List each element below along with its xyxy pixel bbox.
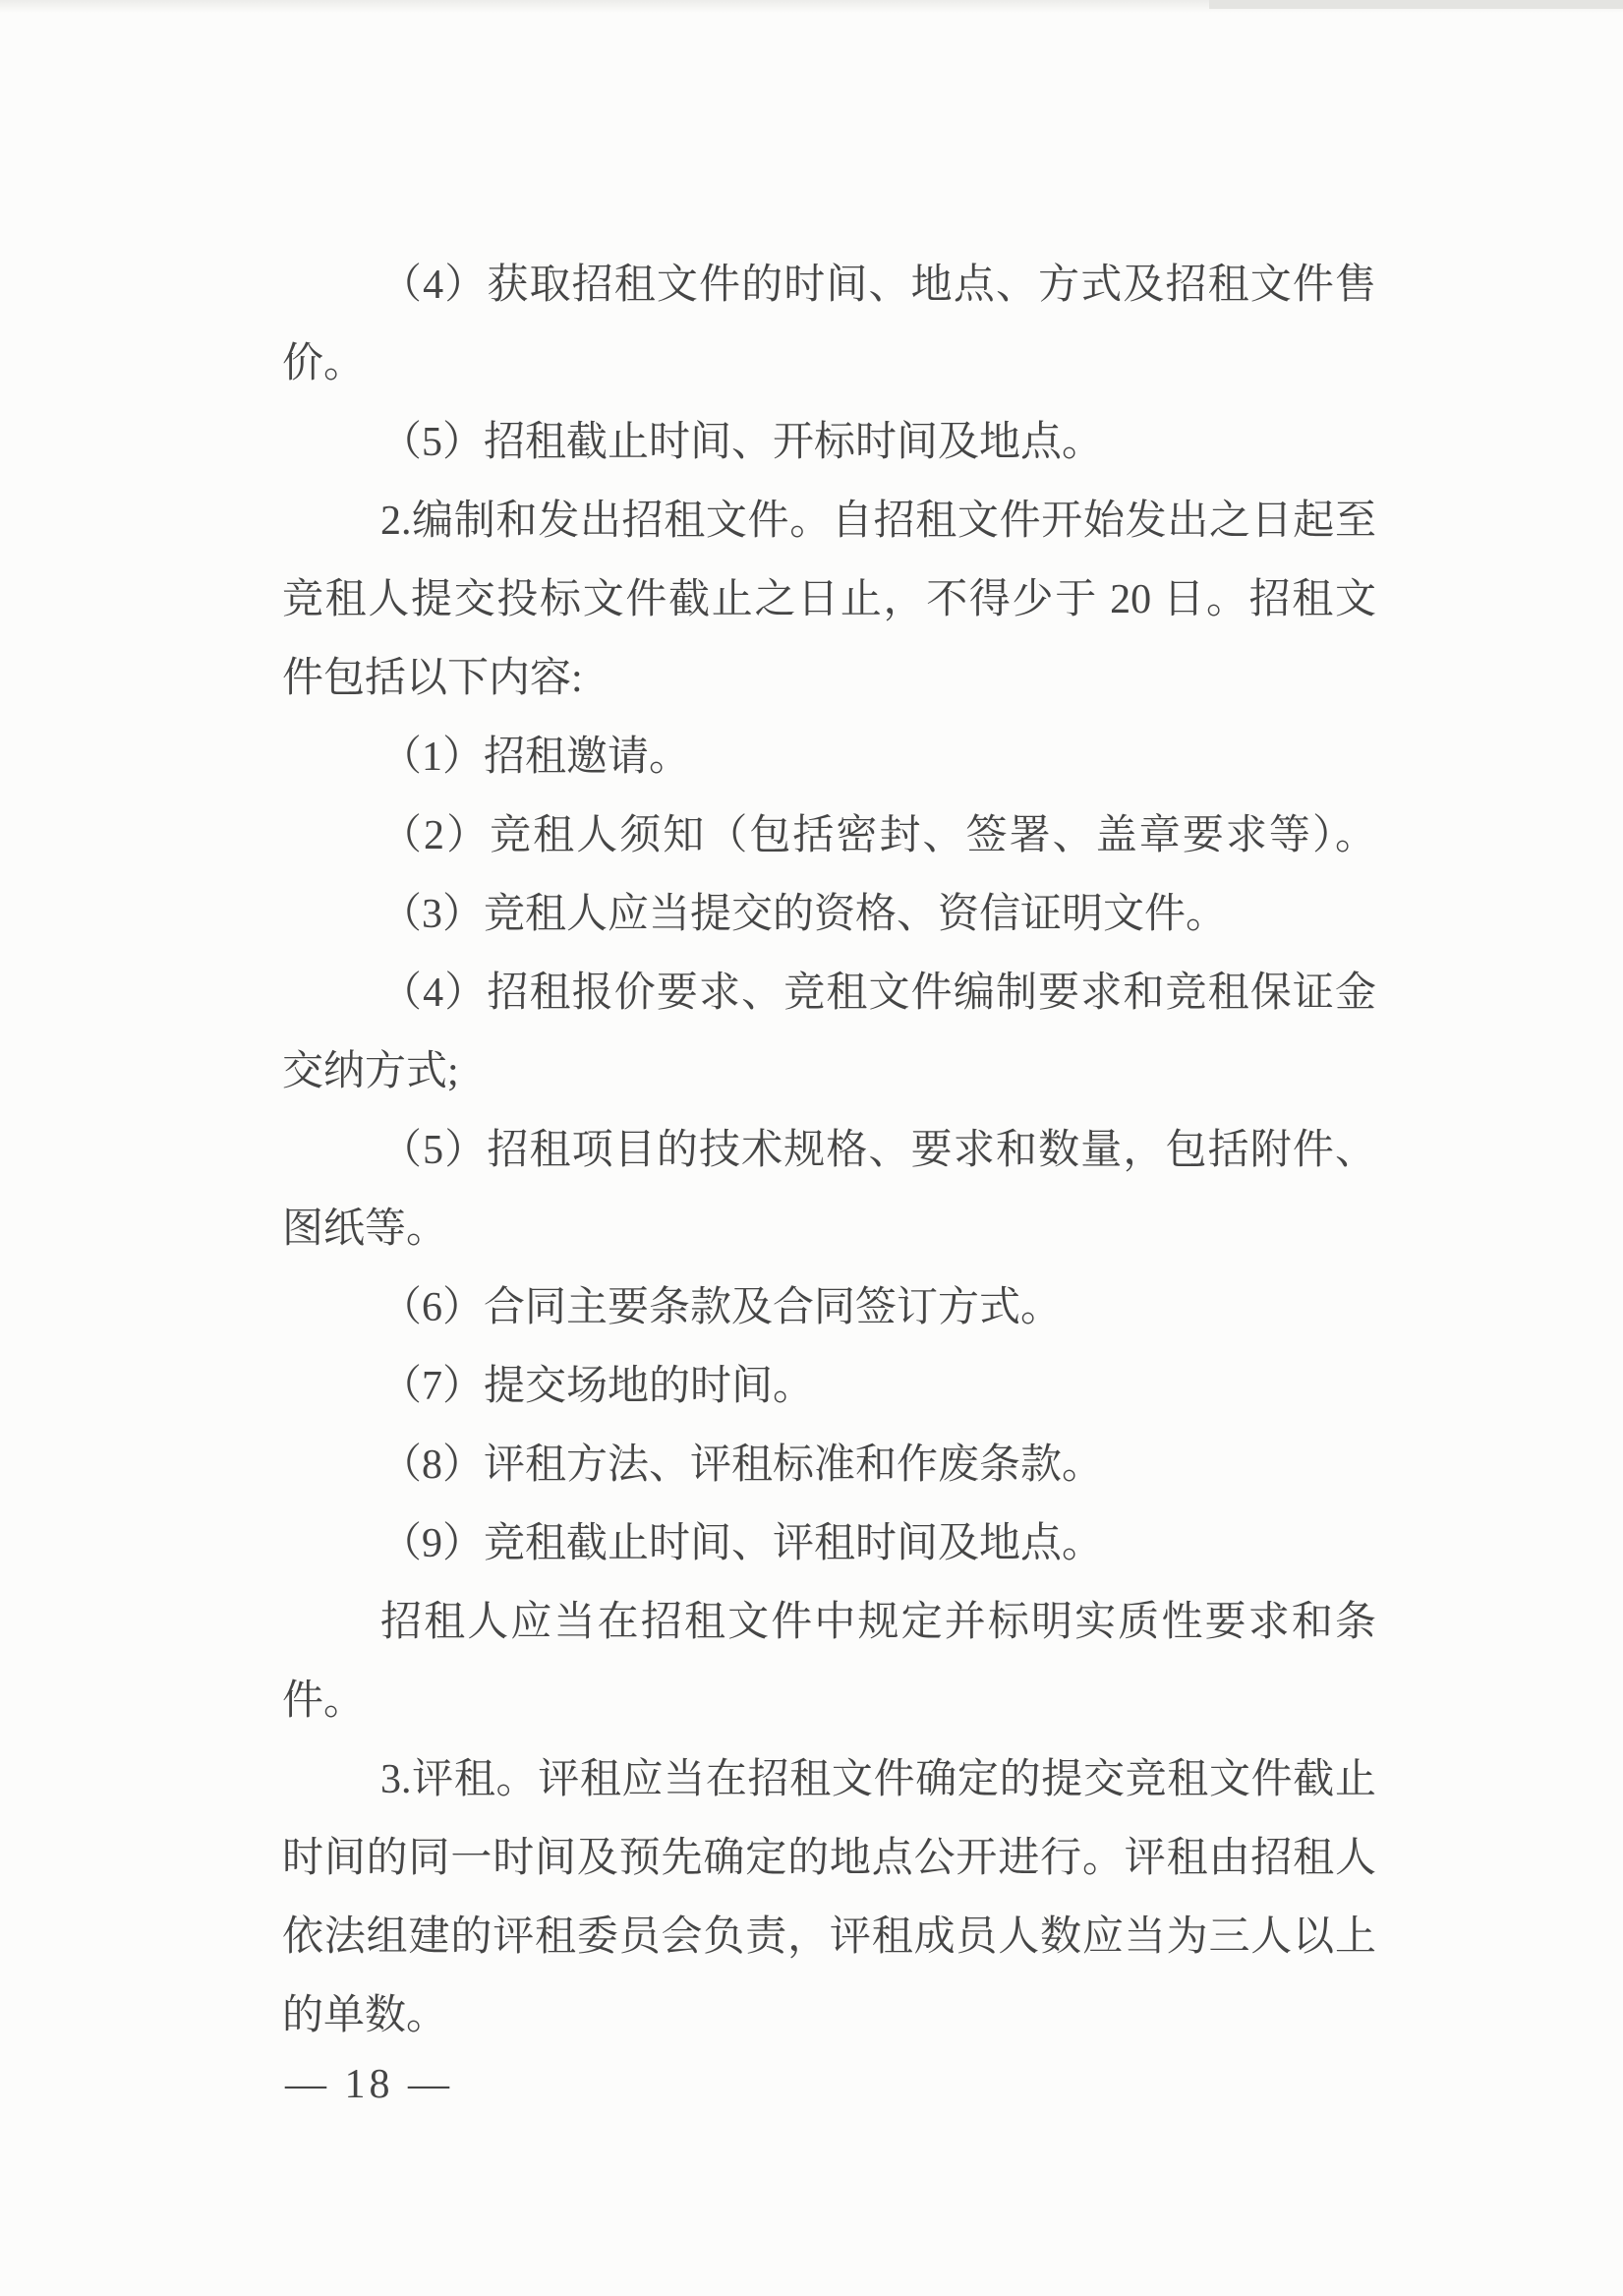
text-line: （5）招租项目的技术规格、要求和数量，包括附件、 xyxy=(282,1111,1376,1190)
document-body: （4）获取招租文件的时间、地点、方式及招租文件售价。（5）招租截止时间、开标时间… xyxy=(282,246,1376,2055)
text-line: 时间的同一时间及预先确定的地点公开进行。评租由招租人 xyxy=(282,1819,1376,1898)
text-line: 件。 xyxy=(282,1662,1376,1740)
text-line: （7）提交场地的时间。 xyxy=(282,1347,1376,1426)
text-line: （1）招租邀请。 xyxy=(282,718,1376,796)
text-line: （4）招租报价要求、竞租文件编制要求和竞租保证金 xyxy=(282,954,1376,1032)
text-line: 的单数。 xyxy=(282,1976,1376,2055)
text-line: 2.编制和发出招租文件。自招租文件开始发出之日起至 xyxy=(282,482,1376,560)
text-line: （9）竞租截止时间、评租时间及地点。 xyxy=(282,1504,1376,1583)
text-line: （3）竞租人应当提交的资格、资信证明文件。 xyxy=(282,875,1376,954)
text-line: 价。 xyxy=(282,324,1376,403)
text-line: 图纸等。 xyxy=(282,1190,1376,1268)
text-line: （4）获取招租文件的时间、地点、方式及招租文件售 xyxy=(282,246,1376,324)
text-line: 竞租人提交投标文件截止之日止，不得少于 20 日。招租文 xyxy=(282,560,1376,639)
text-line: 招租人应当在招租文件中规定并标明实质性要求和条 xyxy=(282,1583,1376,1662)
text-line: 件包括以下内容: xyxy=(282,639,1376,718)
text-line: （8）评租方法、评租标准和作废条款。 xyxy=(282,1426,1376,1504)
scan-edge-artifact-dark xyxy=(1209,0,1623,9)
text-line: 依法组建的评租委员会负责，评租成员人数应当为三人以上 xyxy=(282,1898,1376,1976)
document-page: （4）获取招租文件的时间、地点、方式及招租文件售价。（5）招租截止时间、开标时间… xyxy=(0,0,1623,2296)
text-line: （2）竞租人须知（包括密封、签署、盖章要求等）。 xyxy=(282,796,1376,875)
text-line: 交纳方式; xyxy=(282,1032,1376,1111)
text-line: （5）招租截止时间、开标时间及地点。 xyxy=(282,403,1376,482)
text-line: 3.评租。评租应当在招租文件确定的提交竞租文件截止 xyxy=(282,1740,1376,1819)
text-line: （6）合同主要条款及合同签订方式。 xyxy=(282,1268,1376,1347)
page-number: — 18 — xyxy=(285,2055,453,2114)
